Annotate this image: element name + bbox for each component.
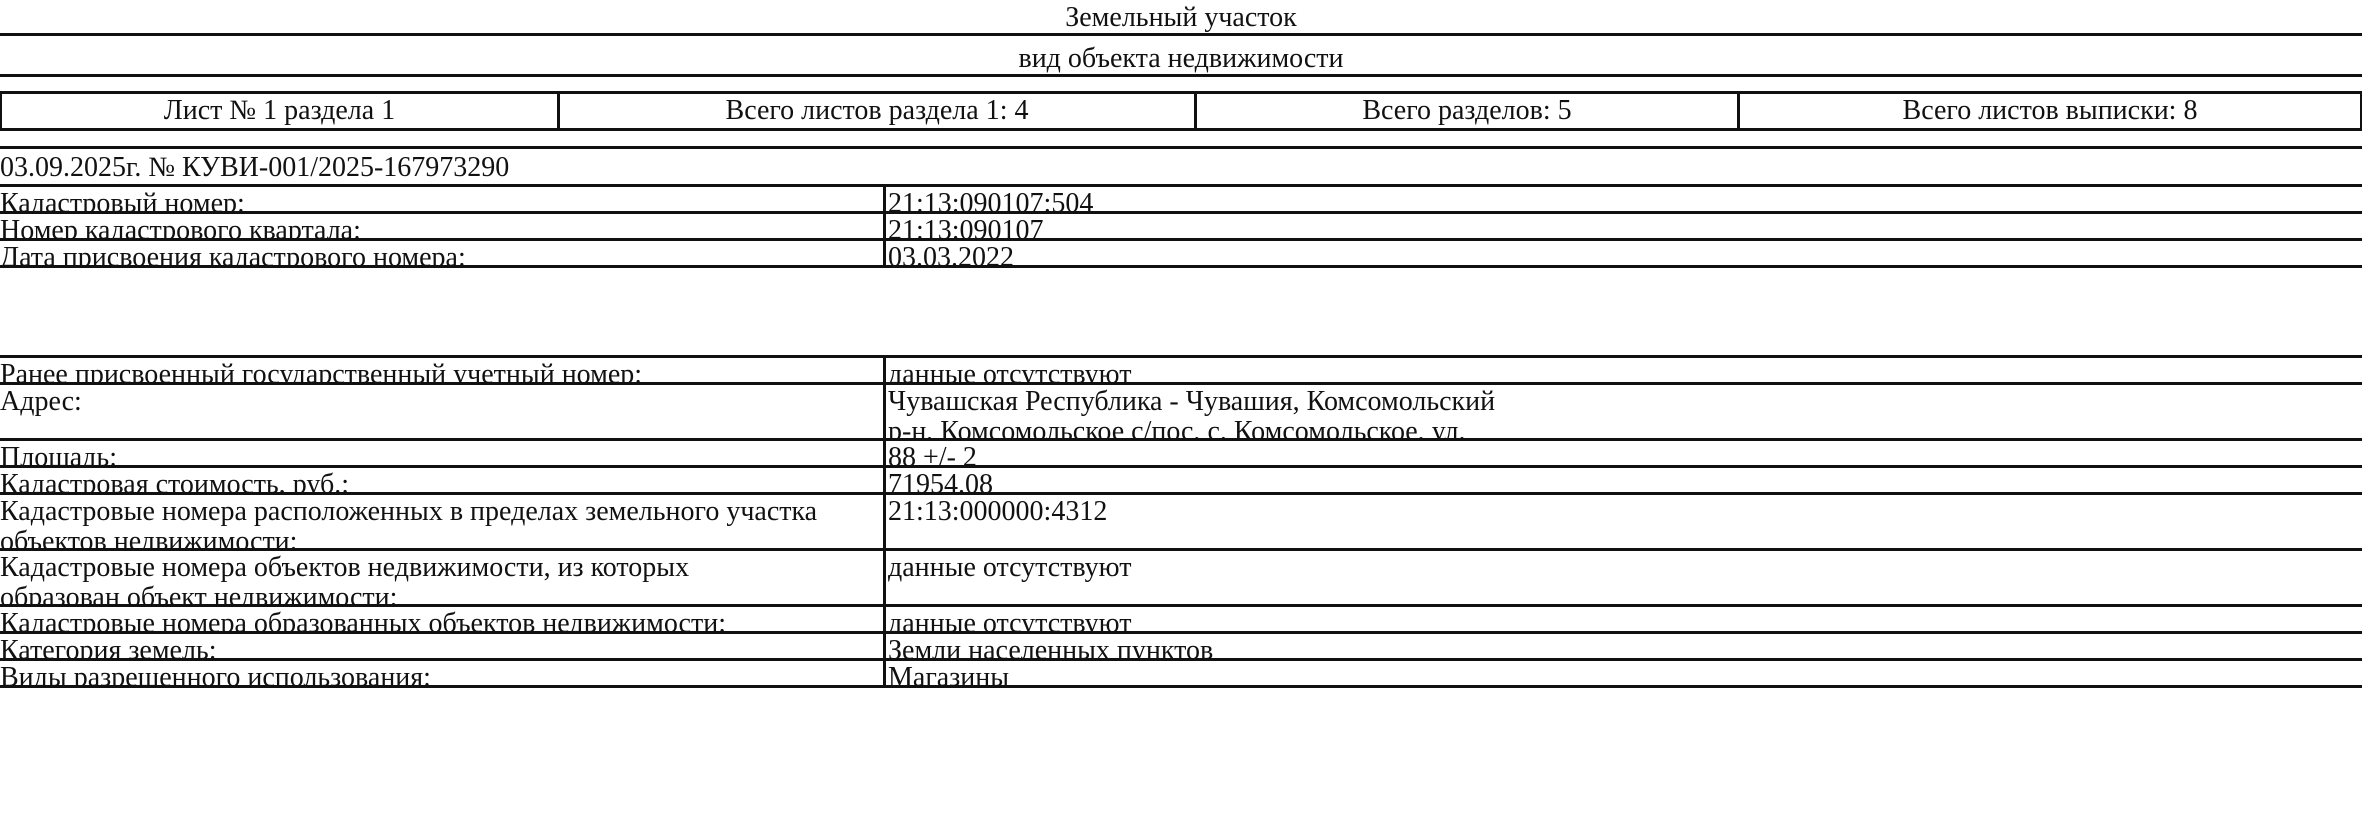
field-value: 21:13:090107:504	[886, 187, 2362, 211]
sheet-number: Лист № 1 раздела 1	[0, 94, 557, 128]
field-label: Кадастровые номера расположенных в преде…	[0, 495, 886, 548]
object-details-table: Ранее присвоенный государственный учетны…	[0, 355, 2362, 688]
object-type-title: Земельный участок	[0, 4, 2362, 32]
sheet-info-row: Лист № 1 раздела 1 Всего листов раздела …	[0, 91, 2362, 131]
divider	[0, 33, 2362, 36]
total-sheet-count: Всего листов выписки: 8	[1737, 94, 2362, 128]
divider	[0, 74, 2362, 77]
field-row-contained-objects: Кадастровые номера расположенных в преде…	[0, 495, 2362, 551]
cadastral-fields-table: Кадастровый номер: 21:13:090107:504 Номе…	[0, 184, 2362, 268]
field-label: Кадастровый номер:	[0, 187, 886, 211]
field-value: Магазины	[886, 661, 2362, 685]
field-row-previous-number: Ранее присвоенный государственный учетны…	[0, 358, 2362, 385]
section-count: Всего разделов: 5	[1194, 94, 1737, 128]
field-row-assignment-date: Дата присвоения кадастрового номера: 03.…	[0, 241, 2362, 268]
field-label: Кадастровая стоимость, руб.:	[0, 468, 886, 492]
field-label: Кадастровые номера образованных объектов…	[0, 607, 886, 631]
field-row-source-objects: Кадастровые номера объектов недвижимости…	[0, 551, 2362, 607]
field-value: 88 +/- 2	[886, 441, 2362, 465]
field-label: Дата присвоения кадастрового номера:	[0, 241, 886, 265]
field-label: Площадь:	[0, 441, 886, 465]
field-row-address: Адрес: Чувашская Республика - Чувашия, К…	[0, 385, 2362, 441]
object-type-caption: вид объекта недвижимости	[0, 45, 2362, 73]
field-label: Адрес:	[0, 385, 886, 438]
field-label: Виды разрешенного использования:	[0, 661, 886, 685]
field-value: Земли населенных пунктов	[886, 634, 2362, 658]
field-row-cadastral-value: Кадастровая стоимость, руб.: 71954.08	[0, 468, 2362, 495]
extract-page: Земельный участок вид объекта недвижимос…	[0, 0, 2362, 820]
field-label: Кадастровые номера объектов недвижимости…	[0, 551, 886, 604]
field-row-area: Площадь: 88 +/- 2	[0, 441, 2362, 468]
field-value: Чувашская Республика - Чувашия, Комсомол…	[886, 385, 2362, 438]
field-value: данные отсутствуют	[886, 551, 2362, 604]
field-value: 71954.08	[886, 468, 2362, 492]
section-sheet-count: Всего листов раздела 1: 4	[557, 94, 1194, 128]
field-row-land-category: Категория земель: Земли населенных пункт…	[0, 634, 2362, 661]
field-row-cadastral-quarter: Номер кадастрового квартала: 21:13:09010…	[0, 214, 2362, 241]
field-label: Ранее присвоенный государственный учетны…	[0, 358, 886, 382]
field-value: 21:13:090107	[886, 214, 2362, 238]
field-value: данные отсутствуют	[886, 358, 2362, 382]
divider	[0, 146, 2362, 149]
field-value: 03.03.2022	[886, 241, 2362, 265]
field-row-derived-objects: Кадастровые номера образованных объектов…	[0, 607, 2362, 634]
field-label: Категория земель:	[0, 634, 886, 658]
field-value: 21:13:000000:4312	[886, 495, 2362, 548]
field-value: данные отсутствуют	[886, 607, 2362, 631]
field-label: Номер кадастрового квартала:	[0, 214, 886, 238]
document-reference: 03.09.2025г. № КУВИ-001/2025-167973290	[0, 150, 509, 186]
field-row-permitted-use: Виды разрешенного использования: Магазин…	[0, 661, 2362, 688]
field-row-cadastral-number: Кадастровый номер: 21:13:090107:504	[0, 187, 2362, 214]
